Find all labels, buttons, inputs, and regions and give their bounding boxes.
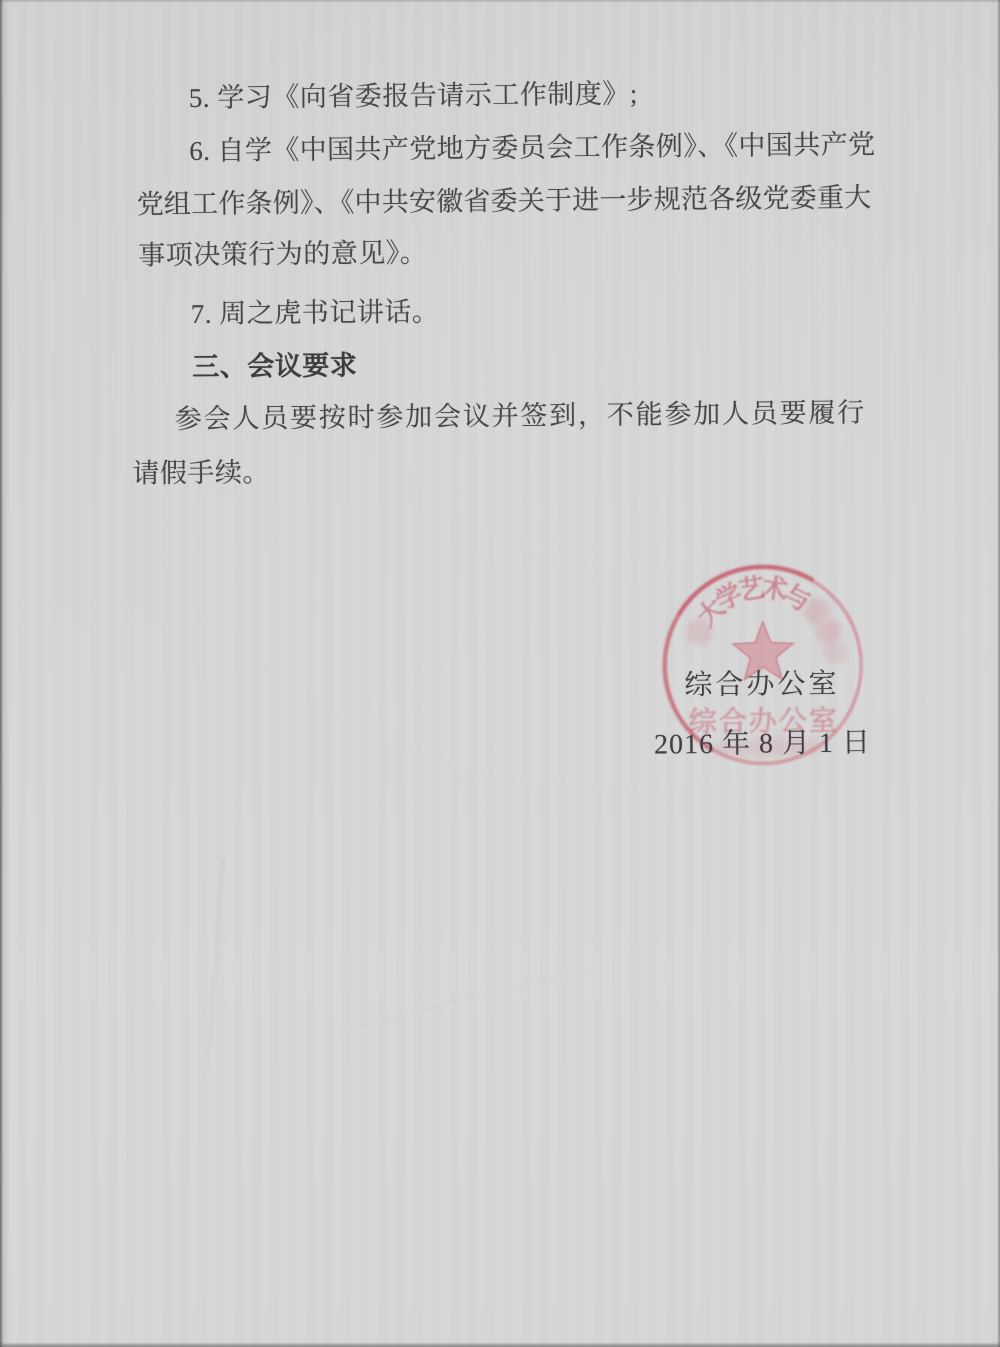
body-line-7: 参会人员要按时参加会议并签到，不能参加人员要履行 (175, 390, 867, 436)
body-line-2: 6. 自学《中国共产党地方委员会工作条例》、《中国共产党 (189, 122, 876, 168)
scanned-document-page: 5. 学习《向省委报告请示工作制度》; 6. 自学《中国共产党地方委员会工作条例… (0, 0, 1000, 1347)
body-line-1: 5. 学习《向省委报告请示工作制度》; (189, 72, 638, 115)
body-line-5: 7. 周之虎书记讲话。 (191, 290, 440, 331)
body-line-8: 请假手续。 (132, 450, 270, 490)
signature-office: 综合办公室 (684, 662, 839, 703)
scan-content: 5. 学习《向省委报告请示工作制度》; 6. 自学《中国共产党地方委员会工作条例… (0, 0, 1000, 1347)
body-line-3: 党组工作条例》、《中共安徽省委关于进一步规范各级党委重大 (137, 175, 872, 221)
body-line-4: 事项决策行为的意见》。 (138, 231, 427, 273)
signature-date: 2016 年 8 月 1 日 (654, 720, 871, 762)
section-heading: 三、会议要求 (192, 343, 357, 384)
